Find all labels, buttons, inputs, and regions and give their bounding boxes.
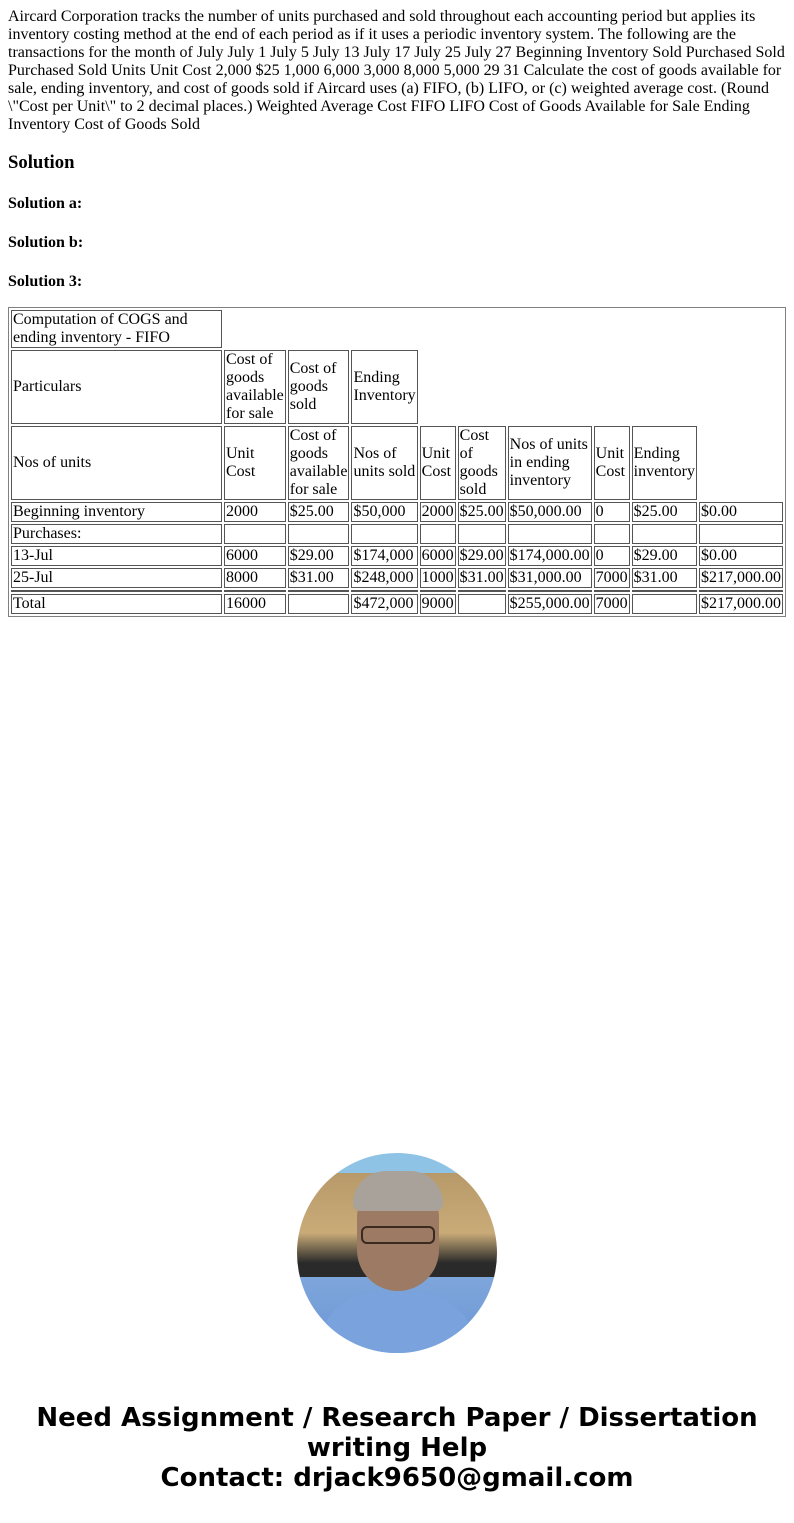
cell (288, 594, 350, 614)
column-header: Ending inventory (632, 426, 697, 500)
cell: $472,000 (351, 594, 417, 614)
column-header: Cost of goods available for sale (288, 426, 350, 500)
cell: Purchases: (11, 524, 222, 544)
solution-b-heading: Solution b: (8, 234, 786, 252)
table-caption: Computation of COGS and ending inventory… (11, 310, 222, 348)
cell: Total (11, 594, 222, 614)
header-ending: Ending Inventory (351, 350, 417, 424)
cell: 9000 (420, 594, 456, 614)
cell: 6000 (224, 546, 286, 566)
cell: 16000 (224, 594, 286, 614)
cell: 8000 (224, 568, 286, 588)
promo-line-1: Need Assignment / Research Paper / Disse… (0, 1403, 794, 1433)
table-row: Purchases: (11, 524, 783, 544)
cell: $174,000 (351, 546, 417, 566)
cell: 0 (594, 546, 630, 566)
cell: $255,000.00 (508, 594, 592, 614)
cell: $29.00 (632, 546, 697, 566)
solution-a-heading: Solution a: (8, 195, 786, 213)
cell: $25.00 (288, 502, 350, 522)
column-header: Nos of units in ending inventory (508, 426, 592, 500)
column-header: Nos of units (11, 426, 222, 500)
header-particulars: Particulars (11, 350, 222, 424)
cell (420, 524, 456, 544)
cell (458, 594, 506, 614)
cell (224, 524, 286, 544)
cell: $29.00 (458, 546, 506, 566)
cell (458, 524, 506, 544)
promo-text: Need Assignment / Research Paper / Disse… (0, 1403, 794, 1493)
total-row: Total 16000 $472,000 9000 $255,000.00 70… (11, 594, 783, 614)
cell (632, 594, 697, 614)
cell: $25.00 (458, 502, 506, 522)
author-avatar (297, 1153, 497, 1353)
cell: 1000 (420, 568, 456, 588)
cell (699, 524, 783, 544)
cell: $0.00 (699, 546, 783, 566)
cell: $31.00 (632, 568, 697, 588)
column-header: Unit Cost (594, 426, 630, 500)
group-header-row: Particulars Cost of goods available for … (11, 350, 783, 424)
cell: $31,000.00 (508, 568, 592, 588)
header-cogas: Cost of goods available for sale (224, 350, 286, 424)
cell (594, 524, 630, 544)
table-row: 25-Jul 8000 $31.00 $248,000 1000 $31.00 … (11, 568, 783, 588)
cell: $29.00 (288, 546, 350, 566)
promo-contact: Contact: drjack9650@gmail.com (0, 1463, 794, 1493)
promo-line-2: writing Help (0, 1433, 794, 1463)
promo-section: Need Assignment / Research Paper / Disse… (0, 1153, 794, 1493)
cell: $248,000 (351, 568, 417, 588)
cell: 2000 (224, 502, 286, 522)
cell: Beginning inventory (11, 502, 222, 522)
cell: 13-Jul (11, 546, 222, 566)
solution-heading: Solution (8, 152, 786, 174)
cell: $25.00 (632, 502, 697, 522)
question-text: Aircard Corporation tracks the number of… (8, 8, 786, 134)
cell: $31.00 (458, 568, 506, 588)
table-row: 13-Jul 6000 $29.00 $174,000 6000 $29.00 … (11, 546, 783, 566)
header-cogs: Cost of goods sold (288, 350, 350, 424)
cell (288, 524, 350, 544)
solution-c-heading: Solution 3: (8, 273, 786, 291)
cell: 7000 (594, 594, 630, 614)
caption-row: Computation of COGS and ending inventory… (11, 310, 783, 348)
separator-row (11, 590, 783, 592)
cell: $0.00 (699, 502, 783, 522)
cell (351, 524, 417, 544)
cell: 0 (594, 502, 630, 522)
cell: $217,000.00 (699, 568, 783, 588)
fifo-table: Computation of COGS and ending inventory… (8, 307, 786, 617)
cell: $174,000.00 (508, 546, 592, 566)
cell: $31.00 (288, 568, 350, 588)
cell: $50,000.00 (508, 502, 592, 522)
column-header-row: Nos of units Unit Cost Cost of goods ava… (11, 426, 783, 500)
column-header: Unit Cost (224, 426, 286, 500)
page-content: Aircard Corporation tracks the number of… (0, 0, 794, 617)
cell: $50,000 (351, 502, 417, 522)
cell: 25-Jul (11, 568, 222, 588)
cell (508, 524, 592, 544)
cell: 6000 (420, 546, 456, 566)
cell: 2000 (420, 502, 456, 522)
cell: 7000 (594, 568, 630, 588)
column-header: Unit Cost (420, 426, 456, 500)
column-header: Nos of units sold (351, 426, 417, 500)
column-header: Cost of goods sold (458, 426, 506, 500)
cell: $217,000.00 (699, 594, 783, 614)
cell (632, 524, 697, 544)
table-row: Beginning inventory 2000 $25.00 $50,000 … (11, 502, 783, 522)
